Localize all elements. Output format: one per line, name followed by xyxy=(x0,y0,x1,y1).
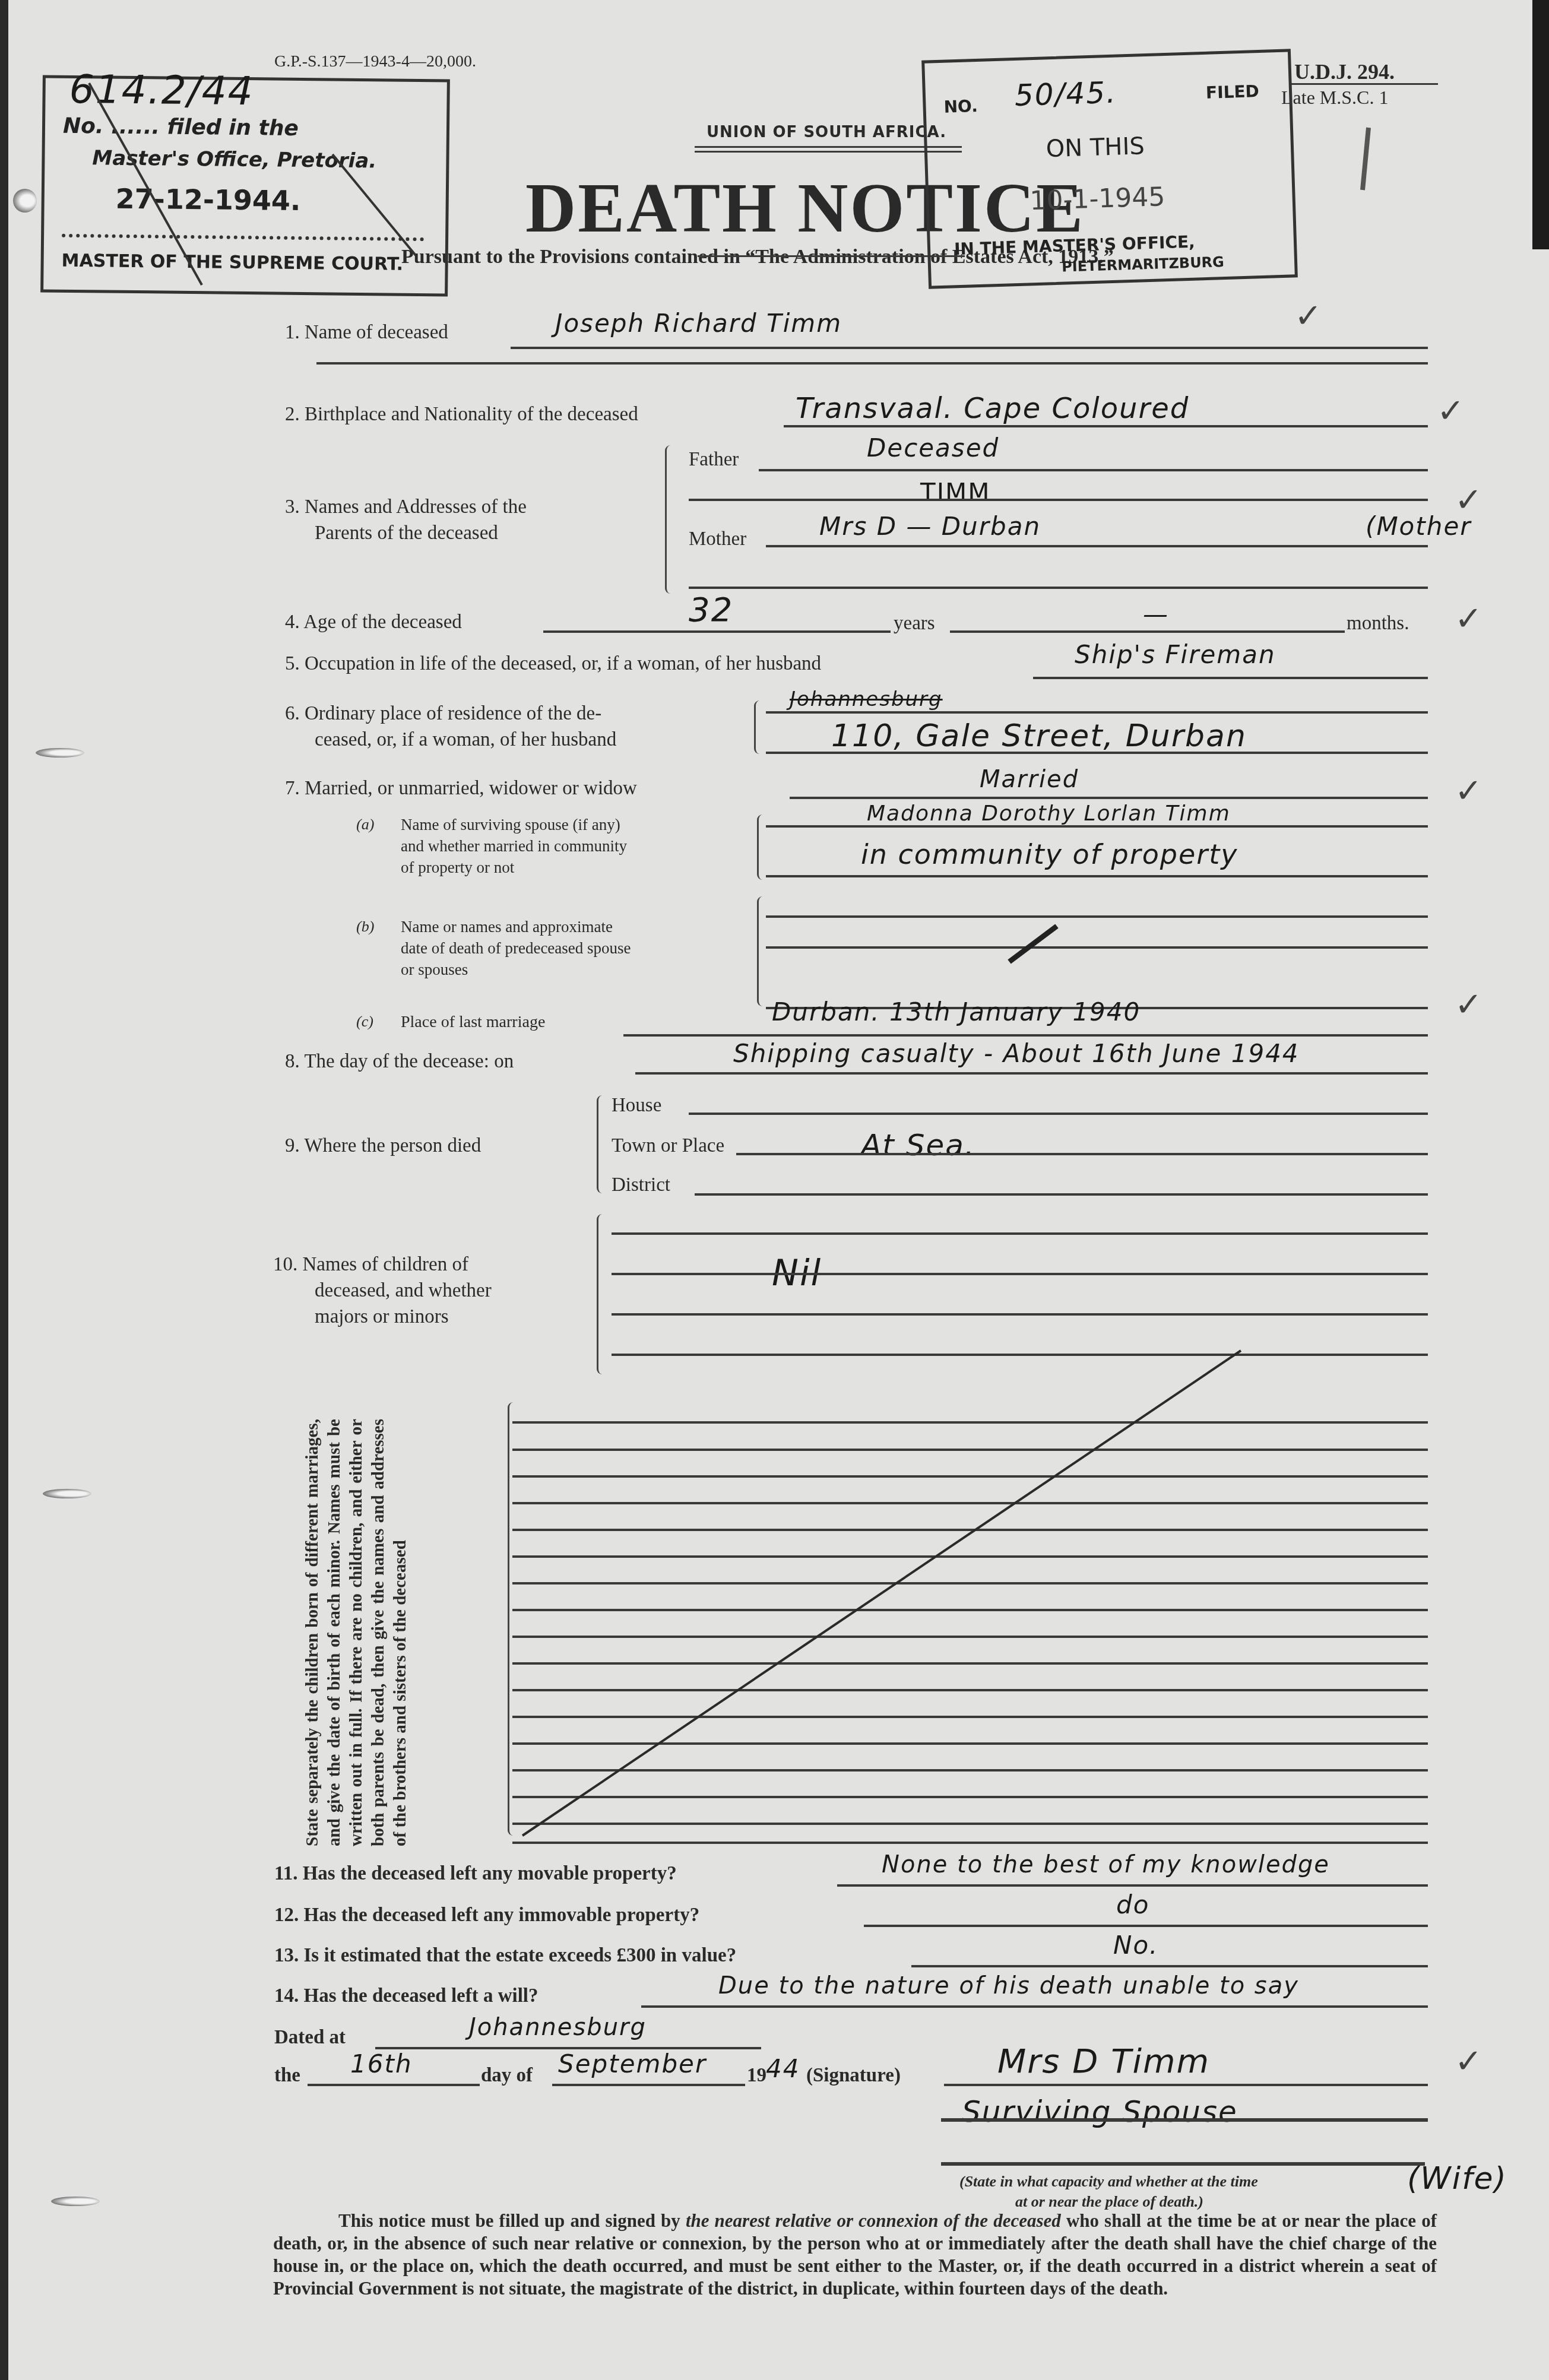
stamp-line-1: No. ...... filed in the xyxy=(63,114,299,141)
field-7b-label-1: Name or names and approximate xyxy=(401,918,613,936)
punch-hole-icon xyxy=(36,748,84,758)
field-line xyxy=(612,1313,1428,1316)
field-line xyxy=(512,1689,1428,1691)
field-line xyxy=(308,2084,480,2086)
field-line xyxy=(766,545,1428,547)
stamp-city: PIETERMARITZBURG xyxy=(1062,253,1225,275)
field-line xyxy=(689,499,1428,501)
field-7b-label-2: date of death of predeceased spouse xyxy=(401,939,631,958)
checkmark-icon: ✓ xyxy=(1455,772,1483,810)
field-line xyxy=(766,711,1428,714)
day-of-label: day of xyxy=(481,2065,533,2087)
field-10-label-3: majors or minors xyxy=(315,1306,448,1328)
mother-value[interactable]: Mrs D — Durban xyxy=(819,512,1041,541)
field-9-label: 9. Where the person died xyxy=(285,1135,481,1157)
field-line xyxy=(950,630,1345,633)
field-7b-label-3: or spouses xyxy=(401,961,468,979)
signature-label: (Signature) xyxy=(806,2065,901,2087)
handwritten-strokes xyxy=(0,0,1549,2380)
divider xyxy=(698,255,965,257)
residence-struck-value: Johannesburg xyxy=(790,687,943,711)
district-label: District xyxy=(612,1174,670,1196)
field-line xyxy=(695,1193,1428,1196)
field-line xyxy=(512,1662,1428,1665)
filing-stamp-left: 614.2/44 No. ...... filed in the Master'… xyxy=(40,75,450,296)
month-value[interactable]: September xyxy=(558,2049,707,2078)
stamp-filed-label: FILED xyxy=(1206,81,1260,103)
day-value[interactable]: 16th xyxy=(350,2049,413,2078)
field-line xyxy=(911,1965,1428,1967)
checkmark-icon: ✓ xyxy=(1455,985,1483,1024)
punch-hole-icon xyxy=(51,2197,100,2206)
field-4-label: 4. Age of the deceased xyxy=(285,611,462,633)
field-line xyxy=(689,587,1428,589)
divider xyxy=(695,151,962,153)
marker-c: (c) xyxy=(356,1013,373,1031)
checkmark-icon: ✓ xyxy=(1455,481,1483,519)
death-notice-page: G.P.-S.137—1943-4—20,000. U.D.J. 294. La… xyxy=(0,0,1549,2380)
margin-note: (Wife) xyxy=(1407,2161,1507,2197)
country-label: UNION OF SOUTH AFRICA. xyxy=(707,123,946,141)
field-7a-label-3: of property or not xyxy=(401,858,514,877)
field-2-value[interactable]: Transvaal. Cape Coloured xyxy=(796,392,1189,425)
field-line xyxy=(784,425,1428,427)
town-value[interactable]: At Sea. xyxy=(861,1128,975,1162)
field-10-label-2: deceased, and whether xyxy=(315,1280,492,1302)
field-14-label: 14. Has the deceased left a will? xyxy=(274,1985,538,2007)
field-8-value[interactable]: Shipping casualty - About 16th June 1944 xyxy=(733,1039,1300,1068)
stamp-handwritten-number: 614.2/44 xyxy=(69,66,254,114)
checkmark-icon: ✓ xyxy=(1455,2042,1483,2081)
checkmark-icon: ✓ xyxy=(1294,297,1322,335)
field-line xyxy=(766,946,1428,949)
field-line xyxy=(941,2118,1428,2122)
footer-text-1: This notice must be filled up and signed… xyxy=(338,2210,686,2231)
field-8-label: 8. The day of the decease: on xyxy=(285,1051,514,1073)
field-line xyxy=(759,469,1428,471)
stamp-handwritten-number: 50/45. xyxy=(1014,75,1117,113)
field-3-label-1: 3. Names and Addresses of the xyxy=(285,496,527,518)
field-7-value[interactable]: Married xyxy=(980,766,1079,793)
field-line xyxy=(766,915,1428,918)
divider xyxy=(695,146,962,148)
bracket xyxy=(597,1214,602,1374)
year-prefix: 19 xyxy=(747,2065,766,2087)
field-line xyxy=(941,2162,1425,2166)
stamp-footer: MASTER OF THE SUPREME COURT. xyxy=(61,251,403,275)
stamp-no-label: NO. xyxy=(943,96,978,117)
field-1-label: 1. Name of deceased xyxy=(285,322,448,344)
field-line xyxy=(512,1609,1428,1611)
field-line xyxy=(689,1113,1428,1115)
filing-stamp-right: NO. 50/45. FILED ON THIS 10-1-1945 IN TH… xyxy=(921,49,1298,289)
field-line xyxy=(511,347,1428,349)
field-line xyxy=(1033,677,1428,679)
field-line xyxy=(837,1884,1428,1887)
stamp-office: IN THE MASTER'S OFFICE, xyxy=(954,232,1196,259)
field-7a-value-1[interactable]: Madonna Dorothy Lorlan Timm xyxy=(867,801,1231,826)
form-code: U.D.J. 294. xyxy=(1294,59,1395,84)
field-line xyxy=(512,1796,1428,1798)
mother-label: Mother xyxy=(689,528,746,550)
form-code-late: Late M.S.C. 1 xyxy=(1281,87,1388,109)
footer-text-italic: the nearest relative or connexion of the… xyxy=(686,2210,1061,2231)
punch-hole-icon xyxy=(13,189,37,213)
field-7a-label-2: and whether married in community xyxy=(401,837,627,855)
field-7c-label: Place of last marriage xyxy=(401,1013,545,1032)
age-years-value[interactable]: 32 xyxy=(689,591,733,629)
signature-value[interactable]: Mrs D Timm xyxy=(997,2042,1210,2081)
field-2-label: 2. Birthplace and Nationality of the dec… xyxy=(285,404,638,426)
bracket xyxy=(757,815,762,880)
field-line xyxy=(512,1421,1428,1424)
marker-a: (a) xyxy=(356,816,374,834)
field-line xyxy=(864,1925,1428,1927)
stamp-date: 27-12-1944. xyxy=(115,183,300,217)
instructions-footer: This notice must be filled up and signed… xyxy=(273,2210,1437,2300)
field-7a-label-1: Name of surviving spouse (if any) xyxy=(401,816,620,834)
scan-edge-left xyxy=(0,0,8,2380)
punch-hole-icon xyxy=(43,1489,91,1498)
field-5-label: 5. Occupation in life of the deceased, o… xyxy=(285,653,821,675)
field-line xyxy=(612,1273,1428,1275)
field-line xyxy=(736,1153,1428,1155)
print-code: G.P.-S.137—1943-4—20,000. xyxy=(274,52,476,71)
field-line xyxy=(623,1034,1428,1037)
field-6-label-2: ceased, or, if a woman, of her husband xyxy=(315,729,616,751)
months-label: months. xyxy=(1347,613,1409,635)
field-line xyxy=(512,1582,1428,1584)
bracket xyxy=(665,445,670,594)
stamp-line-2: Master's Office, Pretoria. xyxy=(92,146,376,173)
town-label: Town or Place xyxy=(612,1135,724,1157)
field-line xyxy=(512,1842,1428,1844)
scan-edge-right xyxy=(1532,0,1549,249)
marker-b: (b) xyxy=(356,918,374,936)
stamp-date: 10-1-1945 xyxy=(1030,182,1165,216)
year-value[interactable]: 44 xyxy=(766,2054,800,2083)
capacity-value[interactable]: Surviving Spouse xyxy=(962,2094,1238,2129)
field-7a-value-2[interactable]: in community of property xyxy=(861,838,1238,870)
field-line xyxy=(790,797,1428,799)
field-line xyxy=(512,1769,1428,1771)
field-line xyxy=(612,1232,1428,1235)
field-11-value[interactable]: None to the best of my knowledge xyxy=(882,1851,1330,1878)
field-6-value[interactable]: 110, Gale Street, Durban xyxy=(831,718,1247,754)
field-6-label-1: 6. Ordinary place of residence of the de… xyxy=(285,703,601,725)
field-line xyxy=(512,1716,1428,1718)
bracket xyxy=(757,896,762,1006)
field-line xyxy=(543,630,891,633)
field-line xyxy=(766,825,1428,828)
field-12-value[interactable]: do xyxy=(1116,1890,1149,1919)
field-1-value[interactable]: Joseph Richard Timm xyxy=(555,309,842,338)
field-line xyxy=(512,1502,1428,1504)
capacity-note-1: (State in what capacity and whether at t… xyxy=(959,2173,1258,2191)
field-line xyxy=(512,1475,1428,1478)
field-line xyxy=(512,1449,1428,1451)
field-line xyxy=(512,1823,1428,1825)
children-instructions: State separately the children born of di… xyxy=(302,1419,444,1846)
checkmark-icon: ✓ xyxy=(1455,600,1483,638)
bracket xyxy=(754,701,759,754)
field-14-value[interactable]: Due to the nature of his death unable to… xyxy=(718,1972,1299,1999)
father-value[interactable]: Deceased xyxy=(867,433,999,462)
field-line xyxy=(552,2084,745,2086)
capacity-note-2: at or near the place of death.) xyxy=(1015,2193,1203,2211)
field-line xyxy=(512,1555,1428,1558)
field-11-label: 11. Has the deceased left any movable pr… xyxy=(274,1863,677,1885)
field-7c-value[interactable]: Durban. 13th January 1940 xyxy=(772,997,1141,1026)
checkmark-icon: ✓ xyxy=(1437,392,1465,430)
house-label: House xyxy=(612,1095,661,1117)
dated-at-label: Dated at xyxy=(274,2027,346,2049)
age-months-value[interactable]: — xyxy=(1143,600,1169,629)
signature-line xyxy=(944,2084,1428,2086)
dated-at-value[interactable]: Johannesburg xyxy=(469,2014,647,2041)
father-value-2[interactable]: TIMM xyxy=(920,478,991,507)
field-3-label-2: Parents of the deceased xyxy=(315,522,498,544)
field-line xyxy=(766,752,1428,754)
field-line xyxy=(766,875,1428,877)
field-line xyxy=(512,1742,1428,1745)
field-line xyxy=(316,362,1428,365)
field-12-label: 12. Has the deceased left any immovable … xyxy=(274,1904,699,1926)
field-5-value[interactable]: Ship's Fireman xyxy=(1075,640,1276,669)
field-13-value[interactable]: No. xyxy=(1113,1931,1158,1960)
divider xyxy=(1290,83,1438,85)
field-line xyxy=(512,1636,1428,1638)
stamp-on-this: ON THIS xyxy=(1046,132,1145,163)
field-7-label: 7. Married, or unmarried, widower or wid… xyxy=(285,778,637,800)
the-label: the xyxy=(274,2065,300,2087)
years-label: years xyxy=(894,613,935,635)
field-line xyxy=(635,1072,1428,1075)
field-line xyxy=(612,1354,1428,1356)
field-line xyxy=(512,1529,1428,1531)
field-10-label-1: 10. Names of children of xyxy=(273,1254,468,1276)
field-13-label: 13. Is it estimated that the estate exce… xyxy=(274,1945,736,1967)
bracket xyxy=(597,1095,602,1193)
father-label: Father xyxy=(689,449,739,471)
field-line xyxy=(641,2005,1428,2008)
stamp-signature-line xyxy=(62,234,424,241)
